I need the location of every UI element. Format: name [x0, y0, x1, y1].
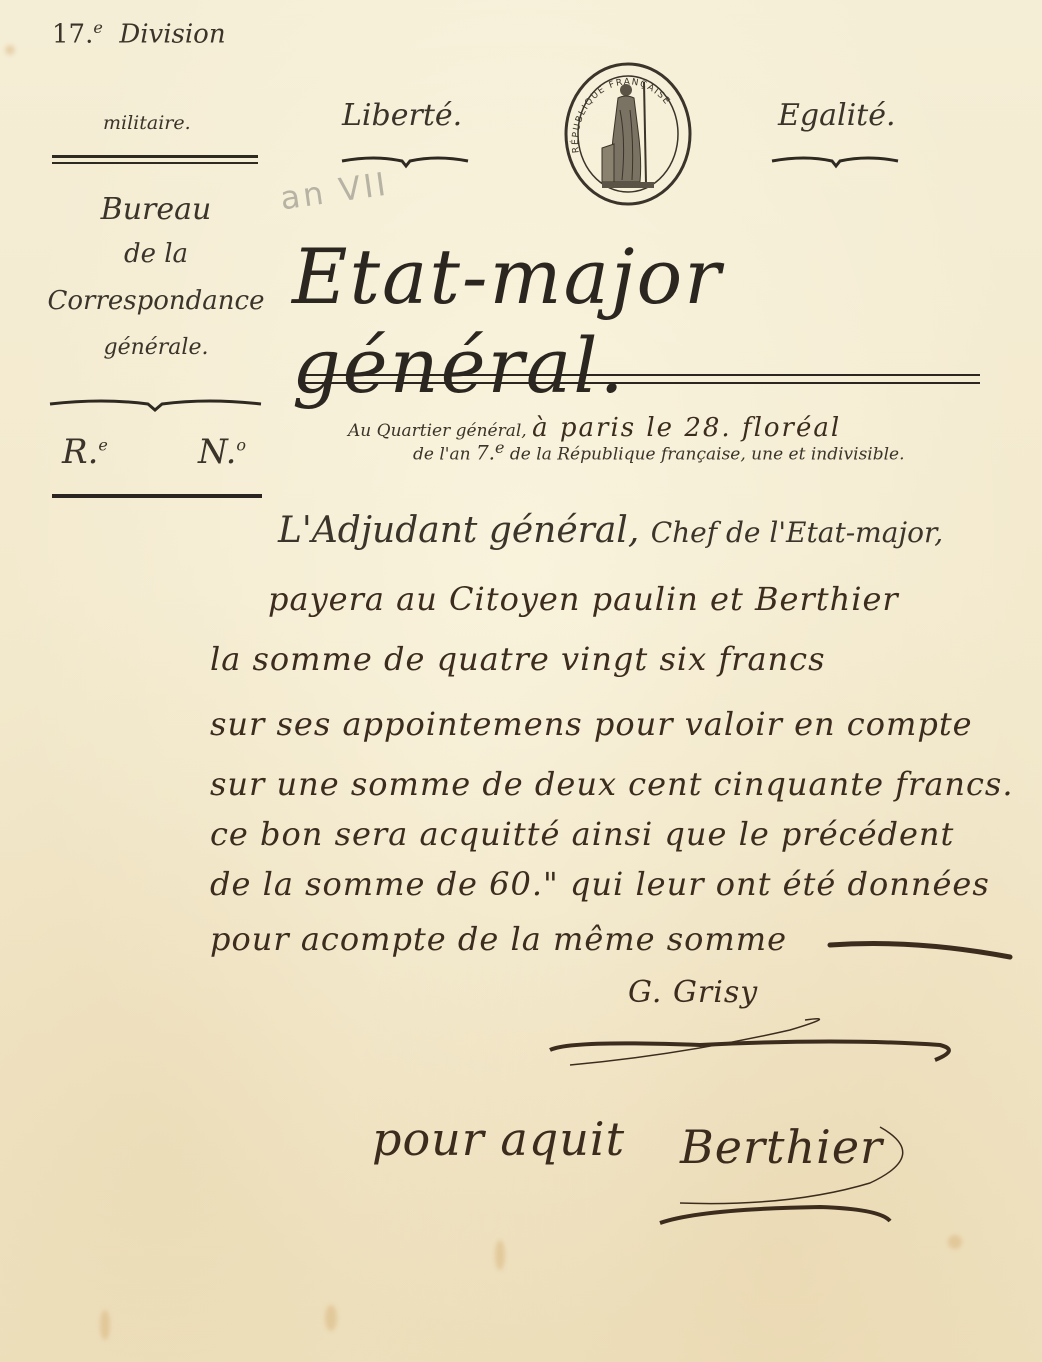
- heading-adjudant: L'Adjudant général, Chef de l'Etat-major…: [278, 510, 943, 551]
- body-line: la somme de quatre vingt six francs: [210, 640, 825, 678]
- body-line: payera au Citoyen paulin et Berthier: [268, 580, 899, 618]
- thick-rule: [52, 494, 262, 498]
- bureau-line: générale.: [40, 326, 272, 370]
- dateline-line2: de l'an 7.e de la République française, …: [413, 438, 905, 465]
- double-rule: [300, 374, 980, 384]
- division-label: Division: [119, 20, 225, 50]
- swash-divider: [770, 155, 900, 167]
- signature-flourish: [540, 1000, 960, 1070]
- bureau-line: Bureau: [40, 188, 272, 232]
- closing-dash-stroke: [825, 935, 1015, 965]
- heading-chef: Chef de l'Etat-major,: [651, 516, 943, 549]
- bureau-line: de la: [40, 232, 272, 276]
- foxing-stain: [325, 1305, 337, 1331]
- double-rule: [52, 155, 258, 164]
- foxing-stain: [5, 45, 15, 55]
- berthier-flourish: [640, 1115, 920, 1225]
- swash-divider: [340, 155, 470, 167]
- register-label: R.e: [62, 432, 108, 472]
- swash-divider: [48, 398, 263, 410]
- body-line: sur ses appointemens pour valoir en comp…: [210, 705, 973, 743]
- body-line: pour acompte de la même somme: [210, 920, 787, 958]
- motto-liberte: Liberté.: [342, 98, 462, 133]
- foxing-stain: [948, 1235, 962, 1249]
- receipt-label: pour aquit: [372, 1112, 625, 1166]
- republique-francaise-seal-icon: RÉPUBLIQUE FRANÇAISE: [562, 60, 694, 208]
- bureau-block: Bureau de la Correspondance générale.: [40, 188, 272, 370]
- division-number: 17.e Division: [52, 18, 226, 50]
- body-line: ce bon sera acquitté ainsi que le précéd…: [210, 815, 954, 853]
- motto-egalite: Egalité.: [778, 98, 896, 133]
- division-sub: militaire.: [103, 112, 191, 134]
- foxing-stain: [495, 1240, 505, 1270]
- body-line: sur une somme de deux cent cinquante fra…: [210, 765, 1014, 803]
- foxing-stain: [100, 1310, 110, 1340]
- number-label: N.o: [198, 432, 246, 472]
- bureau-line: Correspondance: [40, 276, 272, 326]
- body-line: de la somme de 60." qui leur ont été don…: [210, 865, 990, 903]
